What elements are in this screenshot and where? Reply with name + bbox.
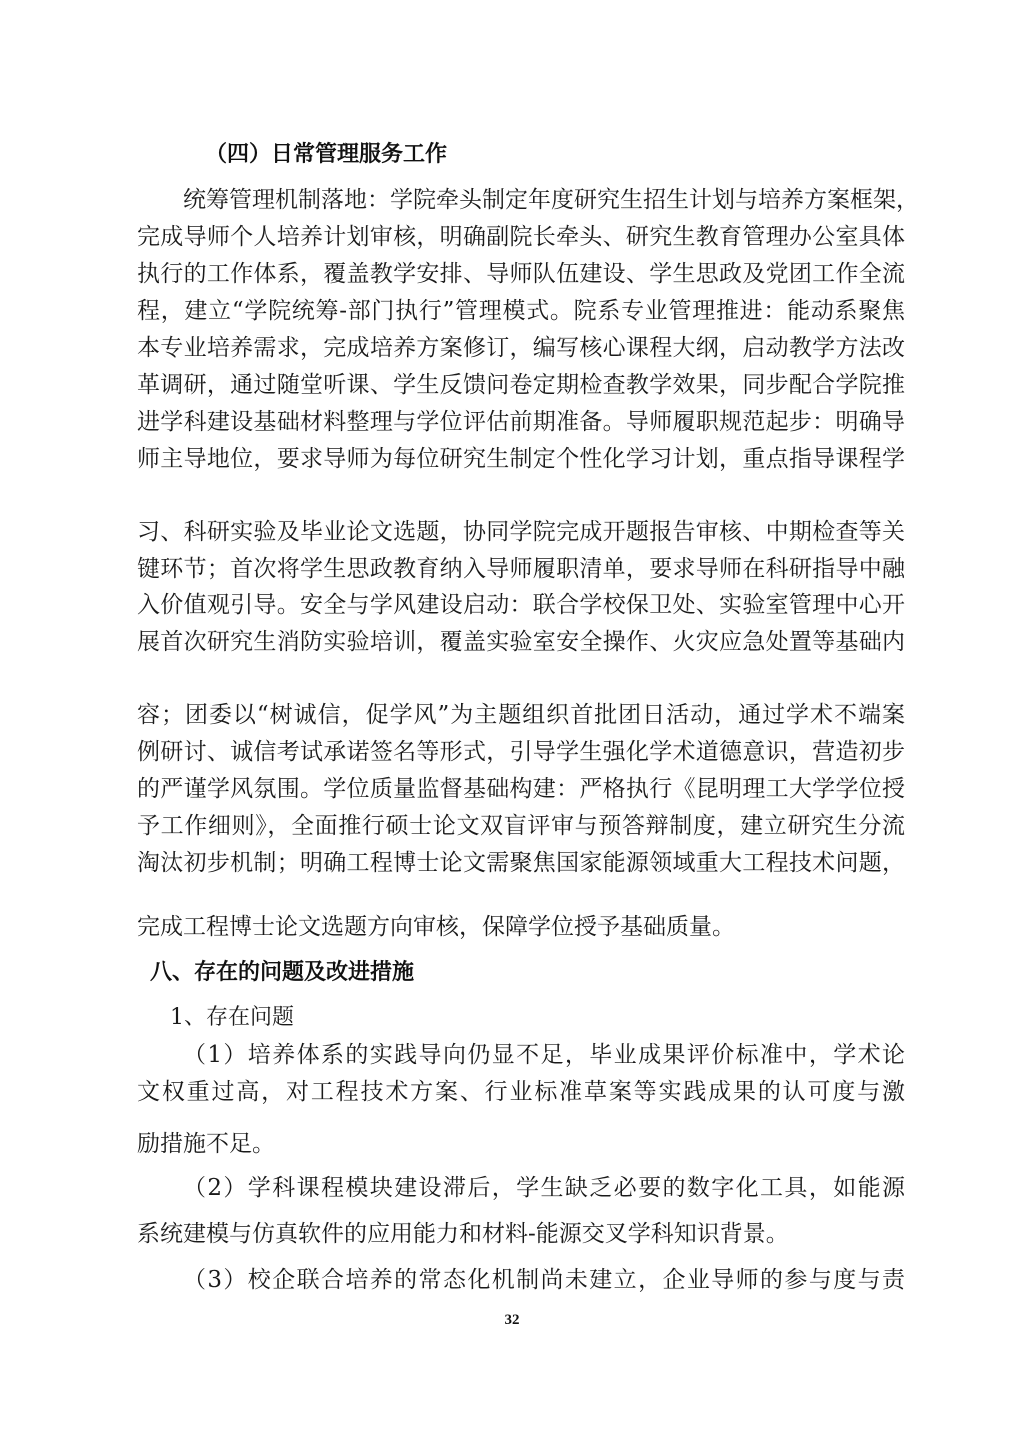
paragraph-line: 本专业培养需求，完成培养方案修订，编写核心课程大纲，启动教学方法改 <box>137 333 905 363</box>
paragraph-line: 完成工程博士论文选题方向审核，保障学位授予基础质量。 <box>137 912 905 942</box>
paragraph-line: 系统建模与仿真软件的应用能力和材料-能源交叉学科知识背景。 <box>137 1219 905 1249</box>
paragraph-line: 的严谨学风氛围。学位质量监督基础构建：严格执行《昆明理工大学学位授 <box>137 774 905 804</box>
paragraph-line: 统筹管理机制落地：学院牵头制定年度研究生招生计划与培养方案框架， <box>183 185 905 215</box>
paragraph-line: 文权重过高，对工程技术方案、行业标准草案等实践成果的认可度与激 <box>137 1077 905 1107</box>
paragraph-line: 容；团委以“树诚信，促学风”为主题组织首批团日活动，通过学术不端案 <box>137 700 905 730</box>
paragraph-line: 予工作细则》，全面推行硕士论文双盲评审与预答辩制度，建立研究生分流 <box>137 811 905 841</box>
paragraph-line: 励措施不足。 <box>137 1129 905 1159</box>
paragraph-line: 淘汰初步机制；明确工程博士论文需聚焦国家能源领域重大工程技术问题， <box>137 848 905 878</box>
section-4-heading: （四）日常管理服务工作 <box>205 140 447 170</box>
section-8-subheading: 1、存在问题 <box>170 1003 294 1033</box>
paragraph-line: （2）学科课程模块建设滞后，学生缺乏必要的数字化工具，如能源 <box>183 1173 905 1203</box>
paragraph-line: （3）校企联合培养的常态化机制尚未建立，企业导师的参与度与责 <box>183 1265 905 1295</box>
paragraph-line: （1）培养体系的实践导向仍显不足，毕业成果评价标准中，学术论 <box>183 1040 905 1070</box>
paragraph-line: 例研讨、诚信考试承诺签名等形式，引导学生强化学术道德意识，营造初步 <box>137 737 905 767</box>
paragraph-line: 入价值观引导。安全与学风建设启动：联合学校保卫处、实验室管理中心开 <box>137 590 905 620</box>
page-number: 32 <box>0 1312 1024 1329</box>
paragraph-line: 展首次研究生消防实验培训，覆盖实验室安全操作、火灾应急处置等基础内 <box>137 627 905 657</box>
paragraph-line: 完成导师个人培养计划审核，明确副院长牵头、研究生教育管理办公室具体 <box>137 222 905 252</box>
paragraph-line: 习、科研实验及毕业论文选题，协同学院完成开题报告审核、中期检查等关 <box>137 517 905 547</box>
paragraph-line: 程，建立“学院统筹-部门执行”管理模式。院系专业管理推进：能动系聚焦 <box>137 296 905 326</box>
section-8-heading: 八、存在的问题及改进措施 <box>150 958 414 988</box>
paragraph-line: 执行的工作体系，覆盖教学安排、导师队伍建设、学生思政及党团工作全流 <box>137 259 905 289</box>
paragraph-line: 键环节；首次将学生思政教育纳入导师履职清单，要求导师在科研指导中融 <box>137 554 905 584</box>
paragraph-line: 进学科建设基础材料整理与学位评估前期准备。导师履职规范起步：明确导 <box>137 407 905 437</box>
paragraph-line: 革调研，通过随堂听课、学生反馈问卷定期检查教学效果，同步配合学院推 <box>137 370 905 400</box>
paragraph-line: 师主导地位，要求导师为每位研究生制定个性化学习计划，重点指导课程学 <box>137 444 905 474</box>
document-page: （四）日常管理服务工作 统筹管理机制落地：学院牵头制定年度研究生招生计划与培养方… <box>0 0 1024 1447</box>
